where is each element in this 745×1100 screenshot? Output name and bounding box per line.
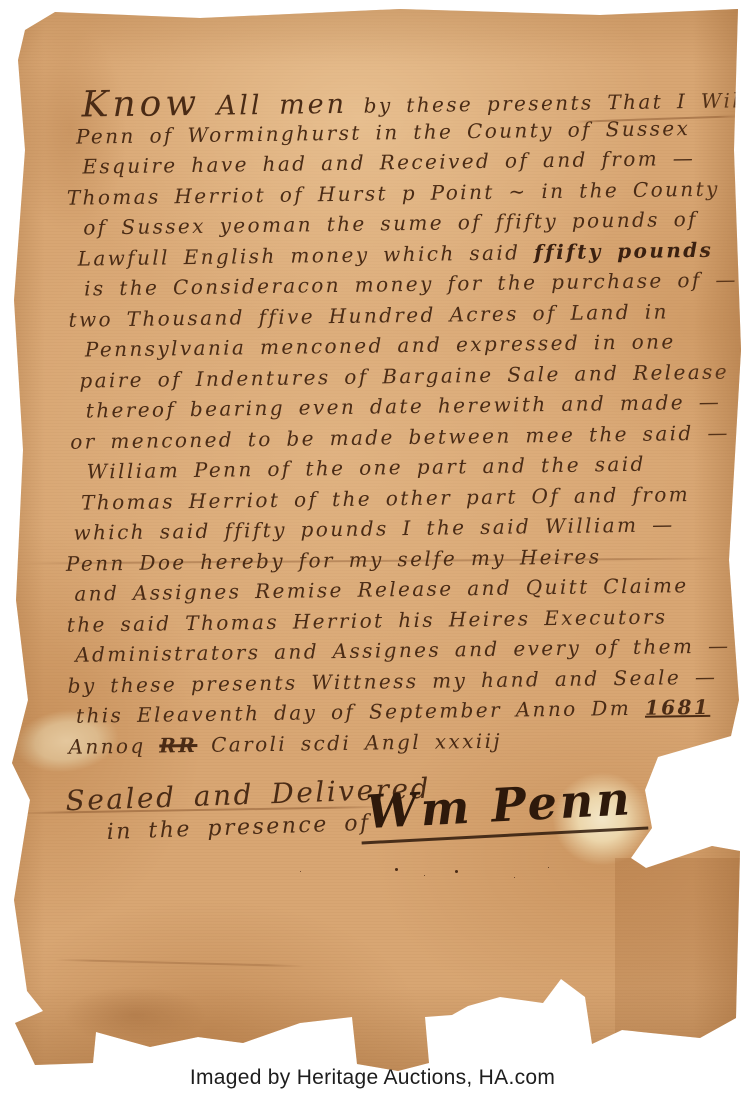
parchment-document: Know All men by these presents That I Wi… [0,0,745,1072]
crease-line [55,959,305,968]
bottom-left-stain [60,985,210,1045]
scan-background: Know All men by these presents That I Wi… [0,0,745,1100]
manuscript-text-block: Know All men by these presents That I Wi… [81,82,738,762]
right-block-stain [615,858,745,1043]
ink-specks [395,868,398,871]
manuscript-lines: Know All men by these presents That I Wi… [81,82,738,762]
credit-caption: Imaged by Heritage Auctions, HA.com [0,1066,745,1090]
